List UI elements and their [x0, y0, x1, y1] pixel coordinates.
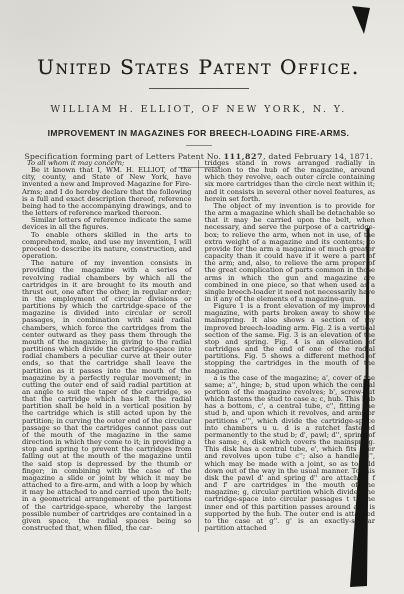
- small-rule: [186, 145, 212, 146]
- patent-header: United States Patent Office. WILLIAM H. …: [22, 0, 375, 168]
- paragraph: Similar letters of reference indicate th…: [22, 217, 192, 231]
- title-rule: [149, 88, 249, 89]
- paragraph: To enable others skilled in the arts to …: [22, 232, 192, 261]
- paragraph: The object of my invention is to provide…: [205, 203, 376, 303]
- inventor-line: WILLIAM H. ELLIOT, OF NEW YORK, N. Y.: [22, 104, 375, 115]
- paragraph: The nature of my invention consists in p…: [22, 260, 192, 532]
- page-title: United States Patent Office.: [22, 55, 375, 79]
- paragraph: tridges stand in rows arranged radially …: [205, 160, 376, 203]
- body-columns: To all whom it may concern; Be it known …: [22, 160, 375, 532]
- left-column: To all whom it may concern; Be it known …: [22, 160, 199, 532]
- paragraph: a is the case of the magazine; a', cover…: [205, 375, 376, 532]
- paragraph: Figure 1 is a front elevation of my impr…: [205, 303, 376, 375]
- right-column: tridges stand in rows arranged radially …: [199, 160, 376, 532]
- patent-page: { "doc": { "office_title": "United State…: [0, 0, 404, 594]
- invention-title: IMPROVEMENT IN MAGAZINES FOR BREECH-LOAD…: [22, 128, 375, 138]
- paragraph: Be it known that I, WM. H. ELLIOT, of th…: [22, 167, 192, 217]
